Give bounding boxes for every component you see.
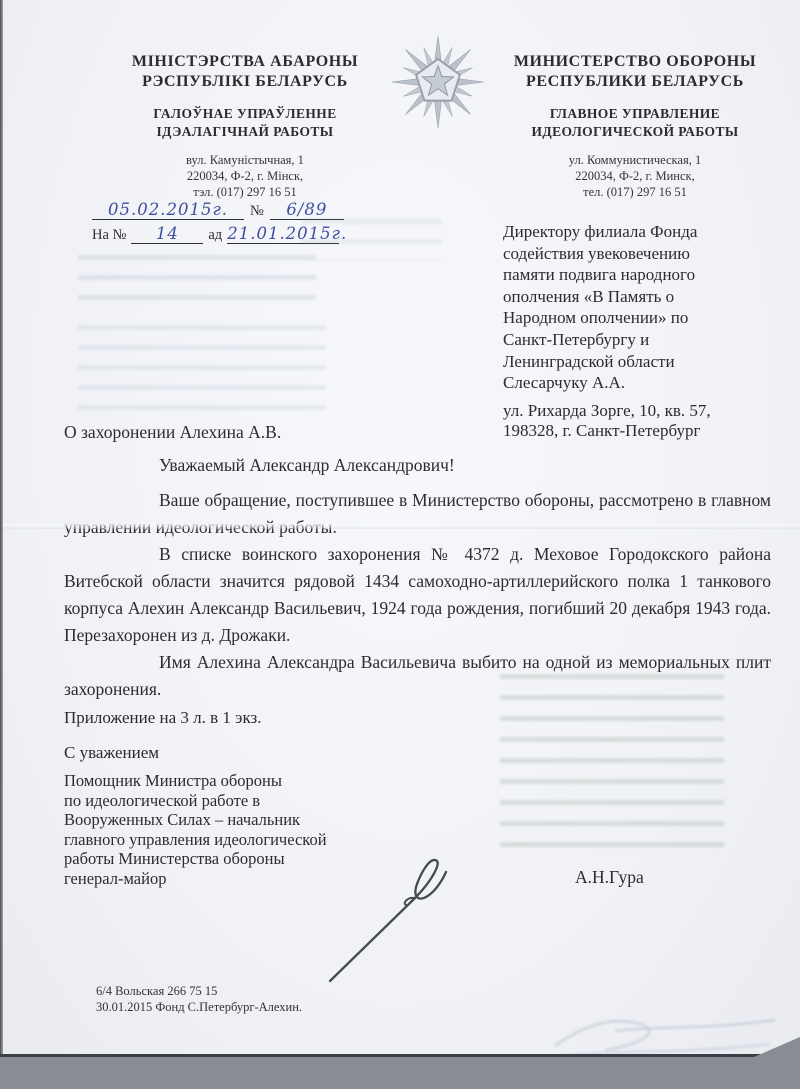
department-line: ІДЭАЛАГІЧНАЙ РАБОТЫ xyxy=(92,123,398,141)
incoming-number-handwritten: 14 xyxy=(131,224,203,244)
department-line: ГАЛОЎНАЕ УПРАЎЛЕННЕ xyxy=(92,105,398,123)
addressee-line: Народном ополчении» по xyxy=(503,307,800,329)
org-name-line: РЭСПУБЛІКІ БЕЛАРУСЬ xyxy=(92,72,398,92)
footer-line: 6/4 Вольская 266 75 15 xyxy=(96,984,302,1000)
department-line: ГЛАВНОЕ УПРАВЛЕНИЕ xyxy=(478,105,792,123)
phone-line: тел. (017) 297 16 51 xyxy=(478,184,792,200)
ink-bleed-through xyxy=(78,250,316,306)
address-line: ул. Коммунистическая, 1 xyxy=(478,152,792,168)
ink-bleed-through xyxy=(78,320,326,412)
address-line: вул. Камуністычная, 1 xyxy=(92,152,398,168)
addressee-block: Директору филиала Фонда содействия увеко… xyxy=(503,221,800,441)
attachment-note: Приложение на 3 л. в 1 экз. xyxy=(64,708,261,728)
ministry-emblem-icon xyxy=(390,30,486,134)
org-name-line: МИНИСТЕРСТВО ОБОРОНЫ xyxy=(478,52,792,72)
signer-title-line: по идеологической работе в xyxy=(64,791,394,811)
reply-to-label: На № xyxy=(92,227,126,244)
closing-phrase: С уважением xyxy=(64,743,159,763)
addressee-line: содействия увековечению xyxy=(503,243,800,265)
outgoing-number-handwritten: 6/89 xyxy=(270,200,344,220)
salutation-line: Уважаемый Александр Александрович! xyxy=(159,455,455,476)
from-date-label: ад xyxy=(208,227,222,244)
footer-reference: 6/4 Вольская 266 75 15 30.01.2015 Фонд С… xyxy=(96,984,302,1015)
org-name-line: РЕСПУБЛИКИ БЕЛАРУСЬ xyxy=(478,72,792,92)
subject-line: О захоронении Алехина А.В. xyxy=(64,422,281,443)
signer-title-line: Вооруженных Силах – начальник xyxy=(64,810,394,830)
department-line: ИДЕОЛОГИЧЕСКОЙ РАБОТЫ xyxy=(478,123,792,141)
addressee-line: Санкт-Петербургу и xyxy=(503,329,800,351)
letterhead-belarusian: МІНІСТЭРСТВА АБАРОНЫ РЭСПУБЛІКІ БЕЛАРУСЬ… xyxy=(92,52,398,200)
address-line: 220034, Ф-2, г. Мінск, xyxy=(92,168,398,184)
addressee-city-line: 198328, г. Санкт-Петербург xyxy=(503,421,800,441)
registration-block: 05.02.2015г. № 6/89 На № 14 ад 21.01.201… xyxy=(92,200,382,244)
addressee-line: Ленинградской области xyxy=(503,351,800,373)
addressee-street-line: ул. Рихарда Зорге, 10, кв. 57, xyxy=(503,401,800,421)
scanner-left-edge xyxy=(0,0,3,1056)
body-paragraph: Ваше обращение, поступившее в Министерст… xyxy=(64,487,771,541)
addressee-line: ополчения «В Память о xyxy=(503,286,800,308)
letter-paper: МІНІСТЭРСТВА АБАРОНЫ РЭСПУБЛІКІ БЕЛАРУСЬ… xyxy=(0,0,800,1056)
number-sign-label: № xyxy=(250,203,264,220)
letter-body: Ваше обращение, поступившее в Министерст… xyxy=(64,487,771,703)
signer-title-line: Помощник Министра обороны xyxy=(64,771,394,791)
addressee-line: Директору филиала Фонда xyxy=(503,221,800,243)
addressee-name-line: Слесарчуку А.А. xyxy=(503,372,800,394)
letterhead-russian: МИНИСТЕРСТВО ОБОРОНЫ РЕСПУБЛИКИ БЕЛАРУСЬ… xyxy=(478,52,792,200)
addressee-line: памяти подвига народного xyxy=(503,264,800,286)
signer-name: А.Н.Гура xyxy=(575,867,644,888)
footer-line: 30.01.2015 Фонд С.Петербург-Алехин. xyxy=(96,1000,302,1016)
phone-line: тэл. (017) 297 16 51 xyxy=(92,184,398,200)
incoming-date-handwritten: 21.01.2015г. xyxy=(227,224,339,244)
fold-crease xyxy=(0,524,800,529)
address-line: 220034, Ф-2, г. Минск, xyxy=(478,168,792,184)
body-paragraph: В списке воинского захоронения № 4372 д.… xyxy=(64,541,771,649)
pen-signature-icon xyxy=(322,843,482,983)
paper-corner-cut xyxy=(754,1037,800,1057)
scanned-letter-page: { "colors": { "paper": "#f2f4f8", "ink":… xyxy=(0,0,800,1089)
body-paragraph: Имя Алехина Александра Васильевича выбит… xyxy=(64,649,771,703)
outgoing-date-handwritten: 05.02.2015г. xyxy=(92,200,244,220)
org-name-line: МІНІСТЭРСТВА АБАРОНЫ xyxy=(92,52,398,72)
paper-bottom-edge xyxy=(0,1054,800,1057)
